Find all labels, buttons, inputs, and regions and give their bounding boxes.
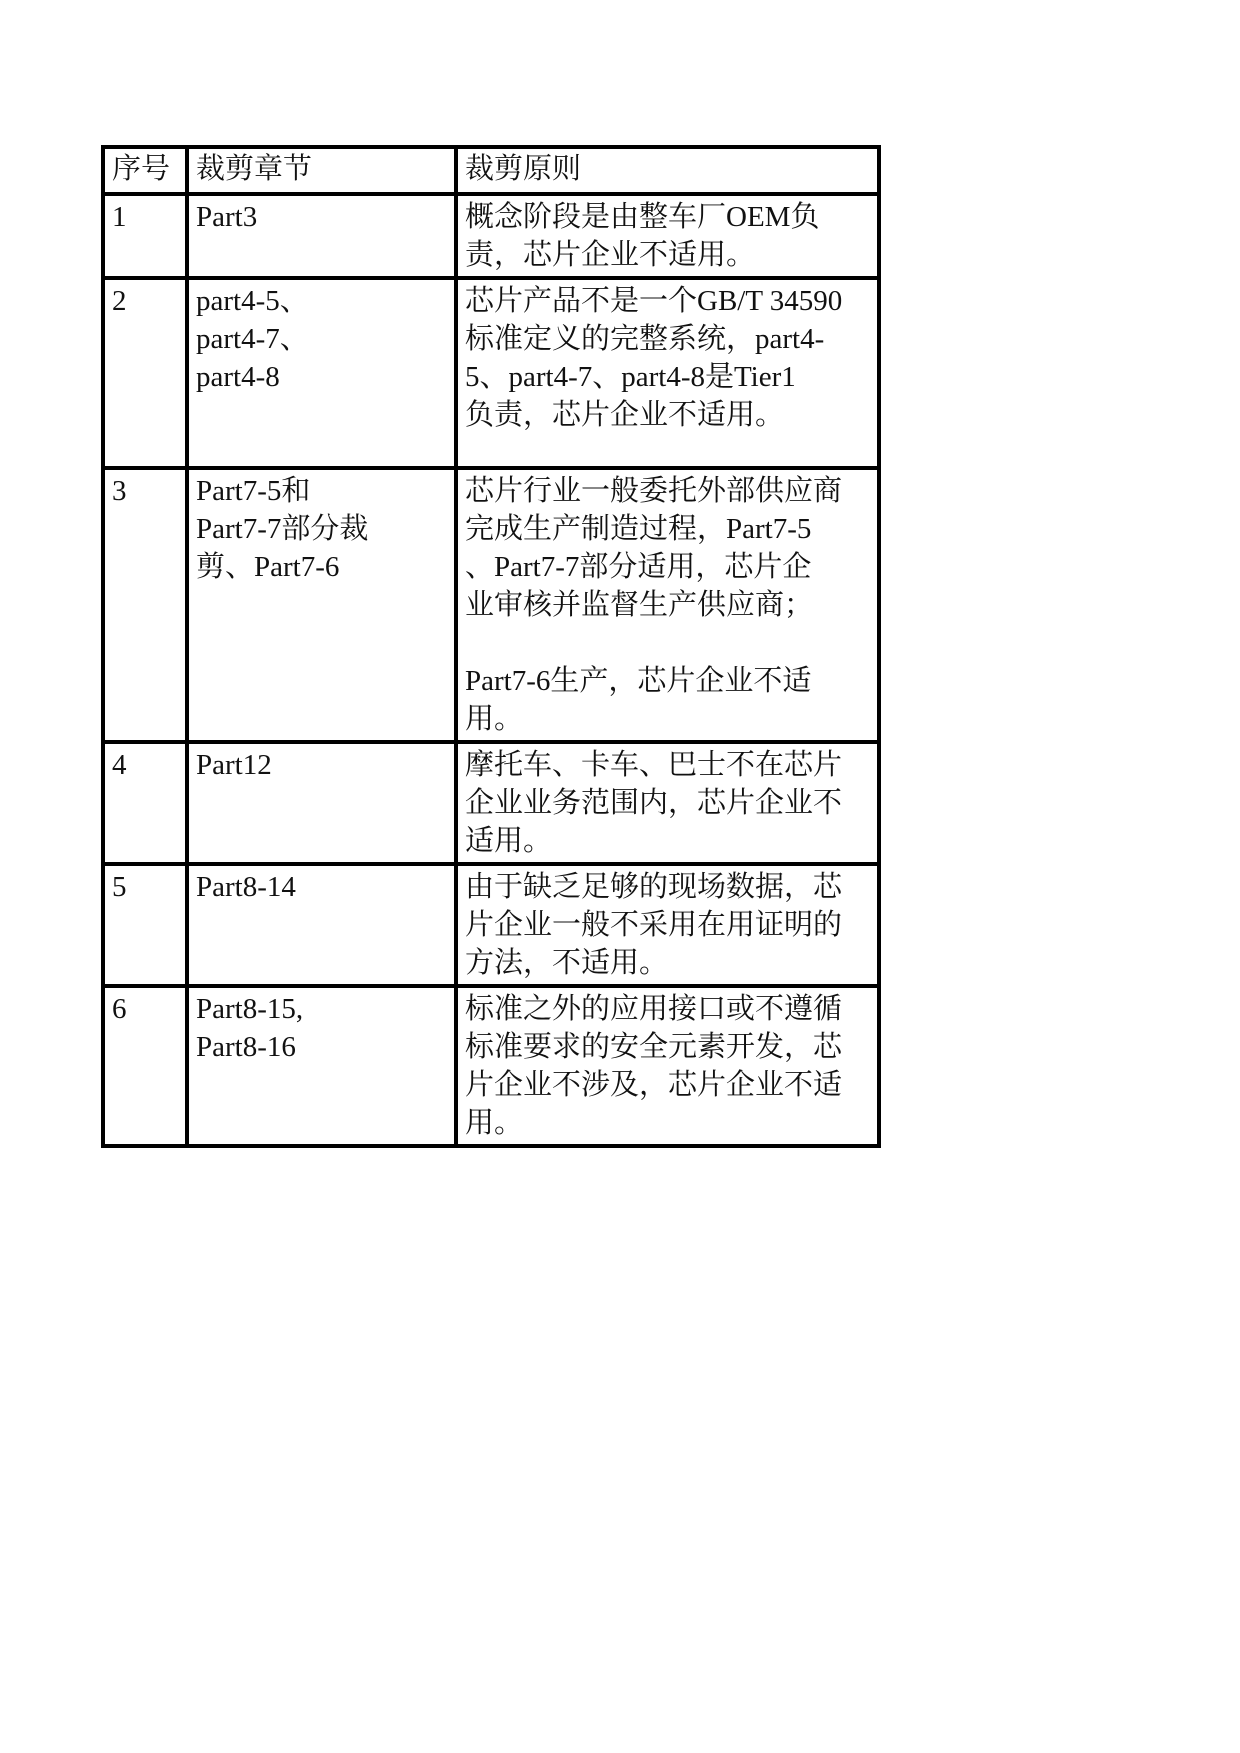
principle-cell: 概念阶段是由整车厂OEM负 责，芯片企业不适用。: [456, 194, 879, 278]
row-number-cell: 5: [103, 864, 187, 986]
table-row: 2 part4-5、 part4-7、 part4-8 芯片产品不是一个GB/T…: [103, 278, 879, 468]
table-row: 3 Part7-5和 Part7-7部分裁 剪、Part7-6 芯片行业一般委托…: [103, 468, 879, 742]
header-tailored-chapter: 裁剪章节: [187, 147, 456, 194]
tailoring-table: 序号 裁剪章节 裁剪原则 1 Part3 概念阶段是由整车厂OEM负 责，芯片企…: [101, 145, 881, 1148]
row-number-cell: 4: [103, 742, 187, 864]
principle-cell: 芯片产品不是一个GB/T 34590 标准定义的完整系统，part4- 5、pa…: [456, 278, 879, 468]
principle-cell: 标准之外的应用接口或不遵循 标准要求的安全元素开发，芯 片企业不涉及，芯片企业不…: [456, 986, 879, 1146]
document-page: 序号 裁剪章节 裁剪原则 1 Part3 概念阶段是由整车厂OEM负 责，芯片企…: [0, 0, 1240, 1753]
row-number-cell: 6: [103, 986, 187, 1146]
header-tailoring-principle: 裁剪原则: [456, 147, 879, 194]
principle-cell: 芯片行业一般委托外部供应商 完成生产制造过程，Part7-5 、Part7-7部…: [456, 468, 879, 742]
principle-cell: 摩托车、卡车、巴士不在芯片 企业业务范围内，芯片企业不 适用。: [456, 742, 879, 864]
chapter-cell: Part3: [187, 194, 456, 278]
row-number-cell: 1: [103, 194, 187, 278]
table-row: 6 Part8-15, Part8-16 标准之外的应用接口或不遵循 标准要求的…: [103, 986, 879, 1146]
table-row: 5 Part8-14 由于缺乏足够的现场数据，芯 片企业一般不采用在用证明的 方…: [103, 864, 879, 986]
chapter-cell: Part7-5和 Part7-7部分裁 剪、Part7-6: [187, 468, 456, 742]
header-seq-no: 序号: [103, 147, 187, 194]
chapter-cell: Part8-14: [187, 864, 456, 986]
row-number-cell: 2: [103, 278, 187, 468]
row-number-cell: 3: [103, 468, 187, 742]
principle-cell: 由于缺乏足够的现场数据，芯 片企业一般不采用在用证明的 方法，不适用。: [456, 864, 879, 986]
chapter-cell: Part12: [187, 742, 456, 864]
table-row: 4 Part12 摩托车、卡车、巴士不在芯片 企业业务范围内，芯片企业不 适用。: [103, 742, 879, 864]
chapter-cell: part4-5、 part4-7、 part4-8: [187, 278, 456, 468]
table-row: 1 Part3 概念阶段是由整车厂OEM负 责，芯片企业不适用。: [103, 194, 879, 278]
table-header-row: 序号 裁剪章节 裁剪原则: [103, 147, 879, 194]
chapter-cell: Part8-15, Part8-16: [187, 986, 456, 1146]
